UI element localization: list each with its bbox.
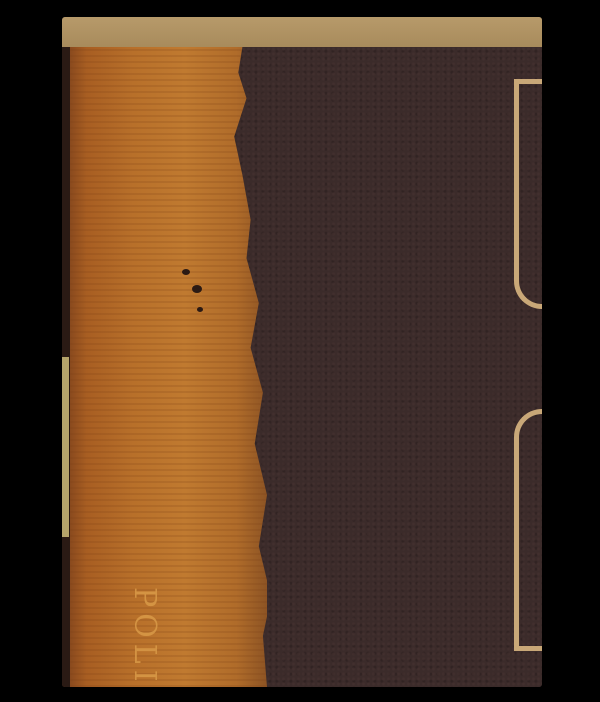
stain xyxy=(192,285,202,293)
paper-strip xyxy=(62,17,542,47)
gilt-frame-top xyxy=(514,79,542,309)
spine-edge-worn xyxy=(62,357,69,537)
gilt-frame-bottom xyxy=(514,409,542,651)
book-cover: POLI xyxy=(62,17,542,687)
stain xyxy=(182,269,190,275)
stain xyxy=(197,307,203,312)
spine-title: POLI xyxy=(127,587,162,687)
